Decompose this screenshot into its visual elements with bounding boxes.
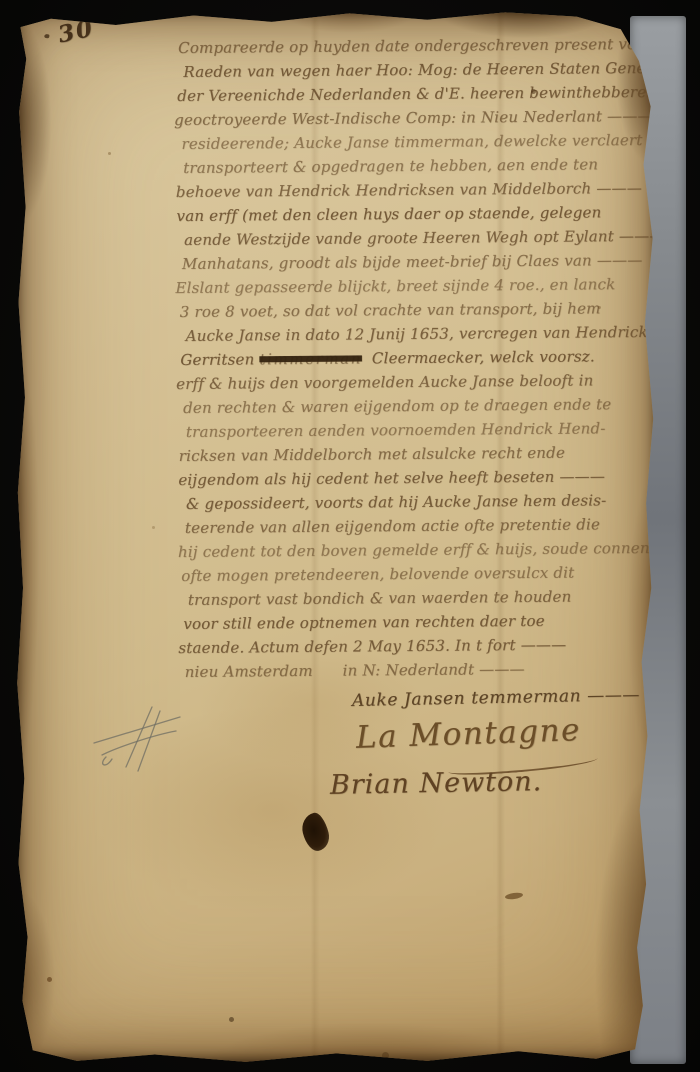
photograph-background: 30 Compareerde op huyden date ondergesch… xyxy=(0,0,700,1072)
signature-la-montagne: La Montagne xyxy=(355,712,581,756)
signature-brian-newton: Brian Newton. xyxy=(330,766,543,801)
manuscript-page: 30 Compareerde op huyden date ondergesch… xyxy=(12,6,661,1064)
paper-specks xyxy=(12,6,15,9)
signature-auke-jansen: Auke Jansen temmerman ——— xyxy=(352,685,640,711)
ink-blot xyxy=(299,811,332,854)
page-number: 30 xyxy=(56,15,97,49)
manuscript-text: Compareerde op huyden date ondergeschrev… xyxy=(178,32,652,684)
hash-pencil-mark xyxy=(92,703,188,777)
small-ink-dash xyxy=(505,892,524,900)
manuscript-line: nieu Amsterdam in N: Nederlandt ——— xyxy=(185,656,653,684)
